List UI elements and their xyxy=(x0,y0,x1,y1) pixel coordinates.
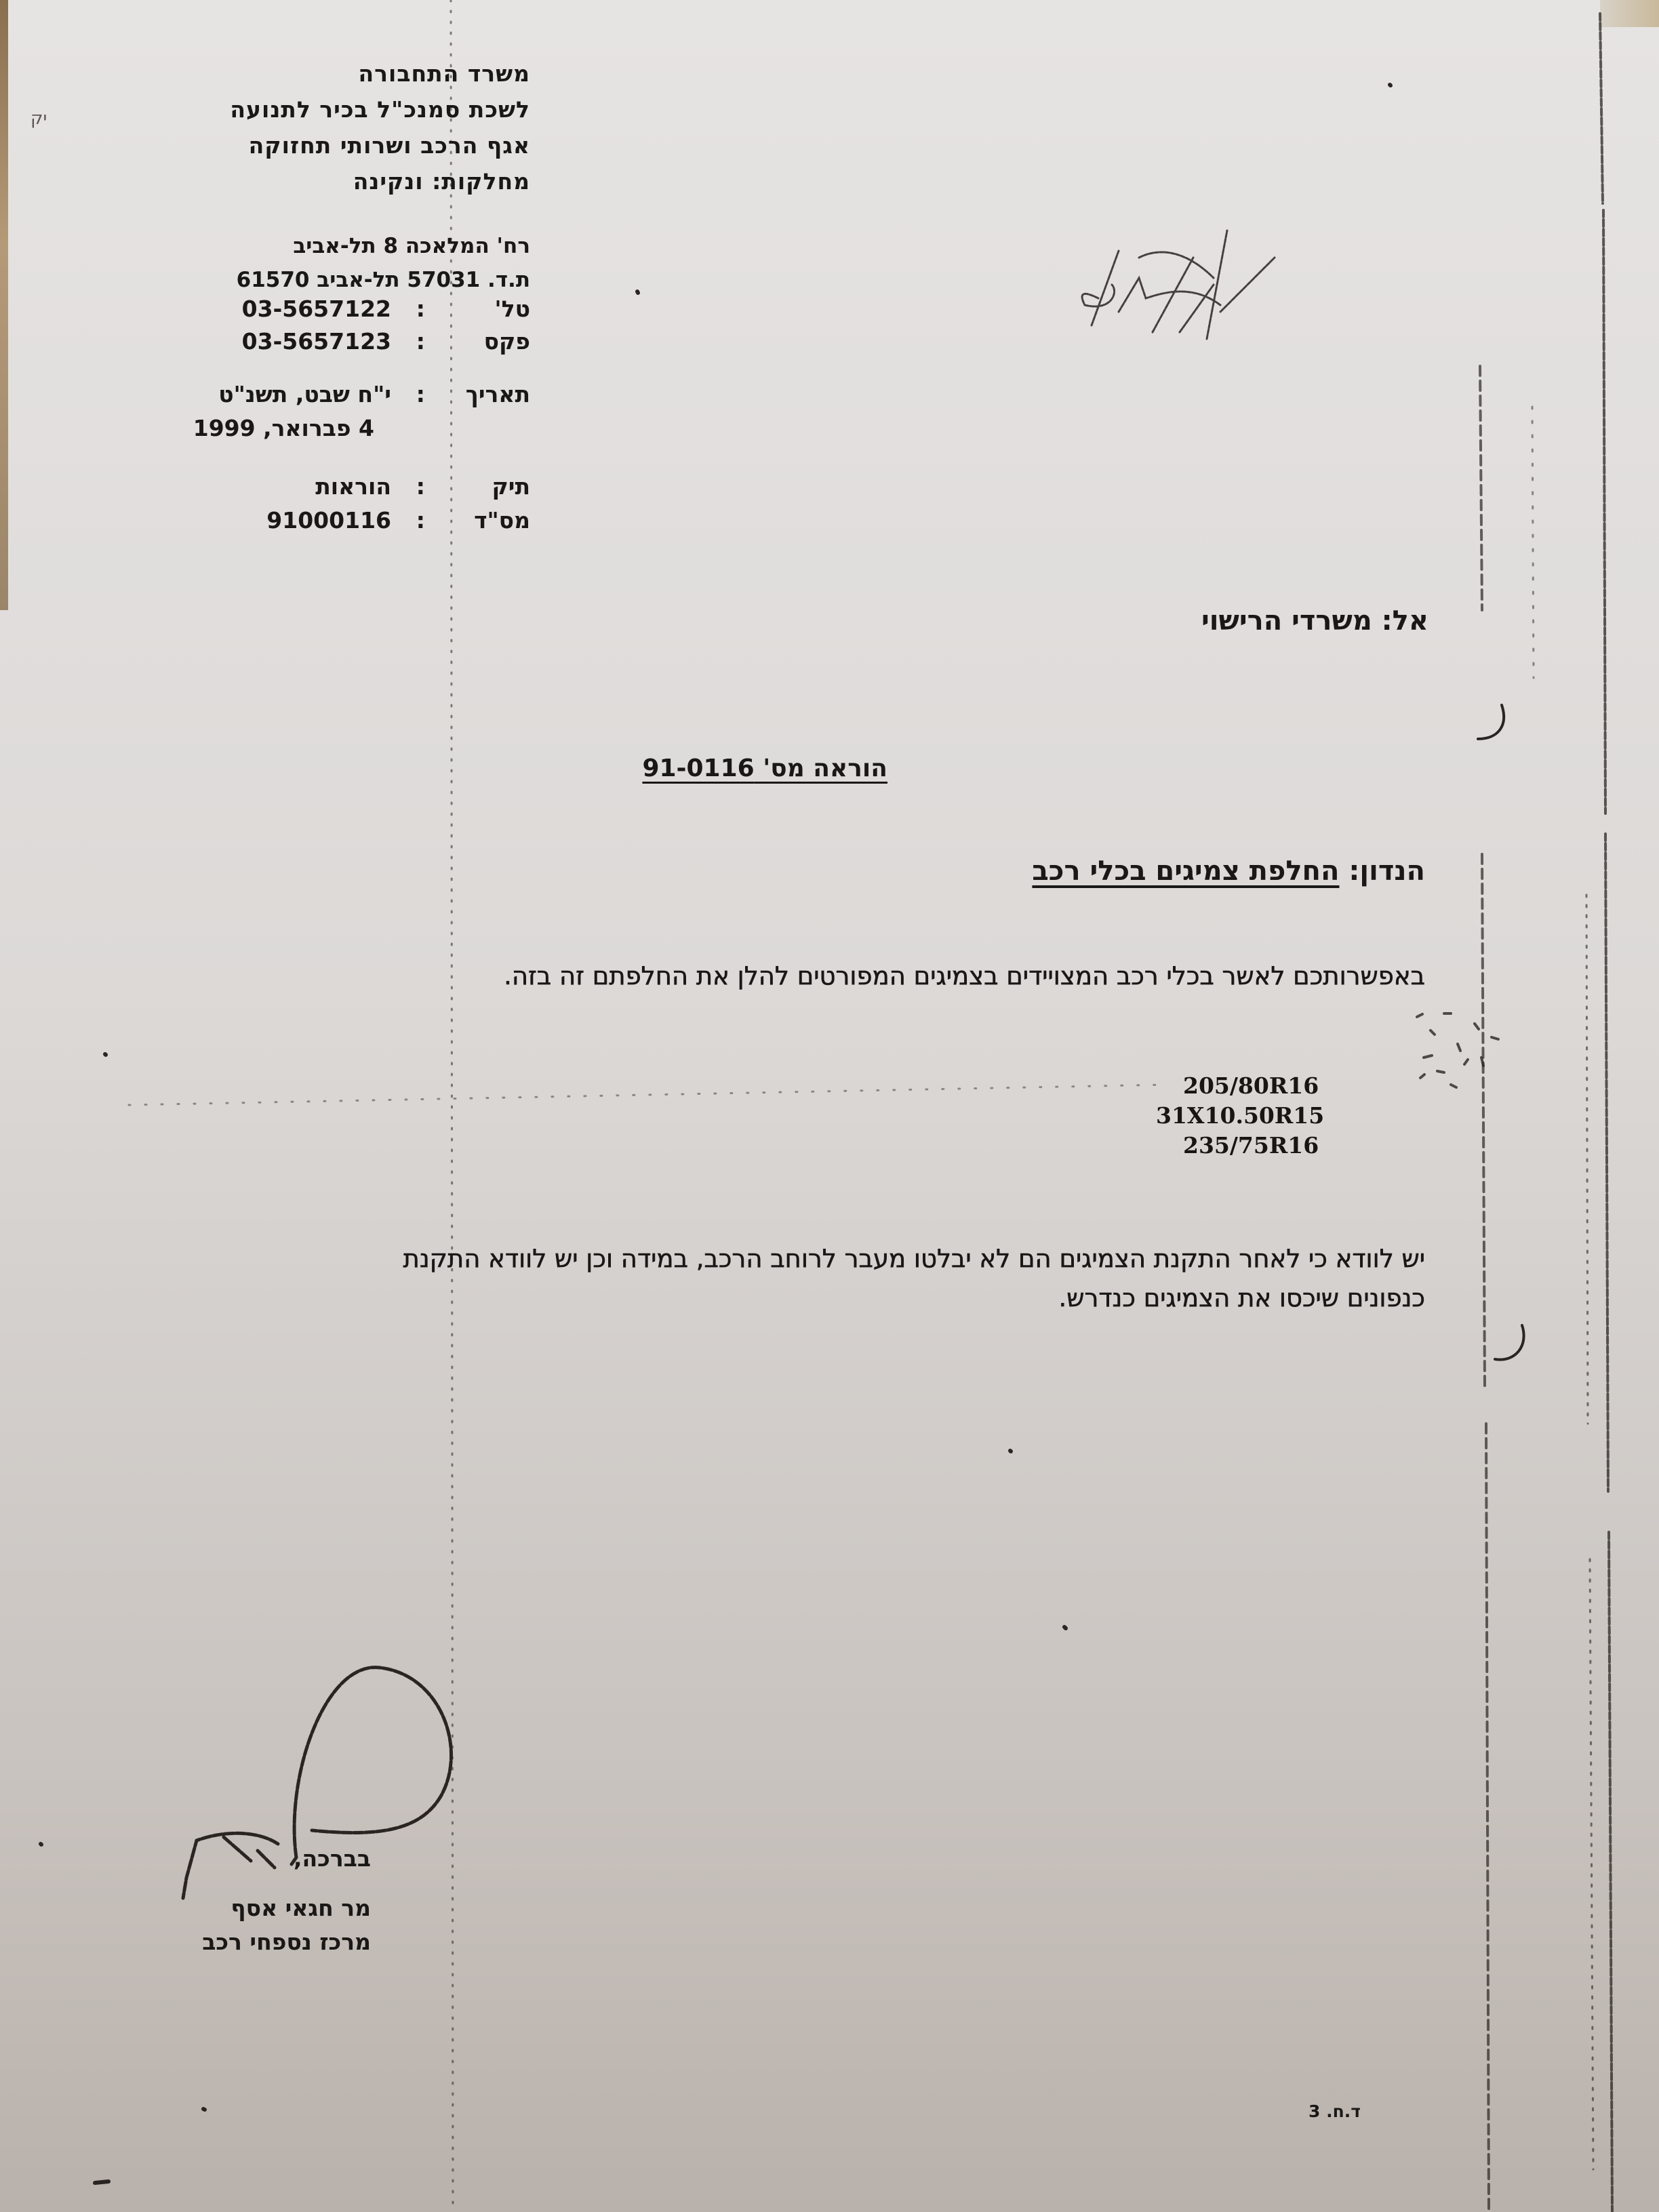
ministry-name: משרד התחבורה xyxy=(230,56,530,92)
instruction-title: הוראה מס' 91-0116 xyxy=(642,755,887,782)
separator: : xyxy=(416,473,425,500)
signatory-name: מר חגאי אסף xyxy=(202,1891,371,1925)
file-label: תיק xyxy=(492,473,530,500)
date-row: תאריך : י"ח שבט, תשנ"ט xyxy=(123,381,530,415)
date-label: תאריך xyxy=(466,381,530,407)
subject-text: החלפת צמיגים בכלי רכב xyxy=(1032,856,1339,887)
serial-row: מס"ד : 91000116 xyxy=(123,507,530,541)
street-address: רח' המלאכה 8 תל-אביב xyxy=(237,229,530,263)
paragraph-line: כנפונים שיכסו את הצמיגים כנדרש. xyxy=(403,1279,1425,1318)
phone-row: טל' : 03-5657122 xyxy=(123,296,530,329)
division-name: אגף הרכב ושרותי תחזוקה xyxy=(230,127,530,163)
fax-value: 03-5657123 xyxy=(242,328,391,355)
background-edge xyxy=(0,0,8,610)
footer-code: ד.ח. 3 xyxy=(1308,2102,1361,2121)
phone-value: 03-5657122 xyxy=(242,296,391,322)
fax-row: פקס : 03-5657123 xyxy=(123,328,530,362)
background-edge xyxy=(1600,0,1659,27)
margin-note: יק xyxy=(31,108,47,129)
file-value: הוראות xyxy=(315,473,391,500)
gregorian-date-row: 4 פברואר, 1999 xyxy=(123,415,530,449)
separator: : xyxy=(416,296,425,322)
tire-size-item: 235/75R16 xyxy=(1183,1131,1324,1161)
phone-label: טל' xyxy=(495,296,530,322)
hebrew-date: י"ח שבט, תשנ"ט xyxy=(218,381,391,407)
address-block: רח' המלאכה 8 תל-אביב ת.ד. 57031 תל-אביב … xyxy=(237,229,530,297)
gregorian-date: 4 פברואר, 1999 xyxy=(193,415,374,441)
subject-label: הנדון: xyxy=(1348,856,1425,887)
subject-line: הנדון: החלפת צמיגים בכלי רכב xyxy=(1032,856,1425,887)
serial-value: 91000116 xyxy=(266,507,391,534)
paragraph-approval: באפשרותכם לאשר בכלי רכב המצויידים בצמיגי… xyxy=(504,961,1425,990)
signatory-title: מרכז נספחי רכב xyxy=(202,1925,371,1959)
letterhead: משרד התחבורה לשכת סמנכ"ל בכיר לתנועה אגף… xyxy=(230,56,530,199)
fax-label: פקס xyxy=(484,328,530,355)
closing: בברכה, xyxy=(294,1845,371,1872)
paragraph-requirements: יש לוודא כי לאחר התקנת הצמיגים הם לא יבל… xyxy=(403,1239,1425,1318)
serial-label: מס"ד xyxy=(474,507,530,534)
recipient: אל: משרדי הרישוי xyxy=(1201,605,1428,637)
tire-size-list: 205/80R16 31X10.50R15 235/75R16 xyxy=(1183,1071,1324,1161)
paragraph-line: יש לוודא כי לאחר התקנת הצמיגים הם לא יבל… xyxy=(403,1239,1425,1279)
office-name: לשכת סמנכ"ל בכיר לתנועה xyxy=(230,92,530,127)
department-name: מחלקות: ונקינה xyxy=(230,163,530,199)
po-box: ת.ד. 57031 תל-אביב 61570 xyxy=(237,263,530,297)
signature-block: מר חגאי אסף מרכז נספחי רכב xyxy=(202,1891,371,1959)
separator: : xyxy=(416,328,425,355)
file-row: תיק : הוראות xyxy=(123,473,530,507)
tire-size-item: 31X10.50R15 xyxy=(1156,1101,1324,1131)
tire-size-item: 205/80R16 xyxy=(1183,1071,1324,1101)
separator: : xyxy=(416,381,425,407)
separator: : xyxy=(416,507,425,534)
